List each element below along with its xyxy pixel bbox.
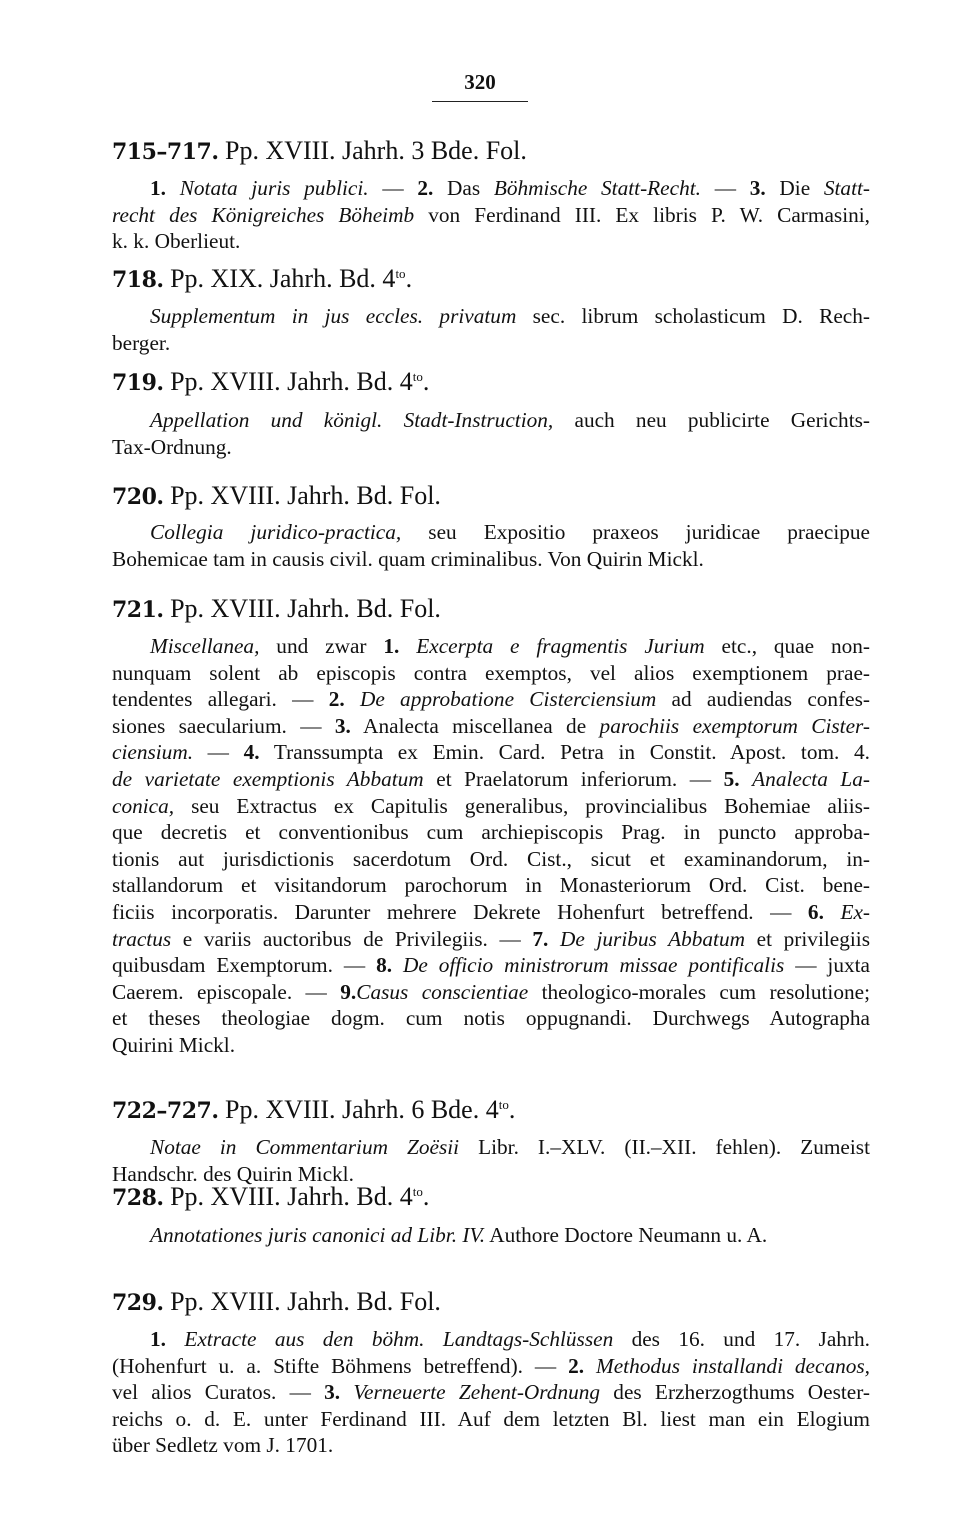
- text-line: et theses theologiae dogm. cum notis opp…: [112, 1005, 870, 1032]
- plain-text: Die: [766, 176, 824, 200]
- entry-format: Pp. XIX. Jahrh. Bd. 4: [164, 264, 396, 293]
- text-line: über Sedletz vom J. 1701.: [112, 1432, 870, 1459]
- text-line: Notae in Commentarium Zoësii Libr. I.–XL…: [112, 1134, 870, 1161]
- entry-heading: 728. Pp. XVIII. Jahrh. Bd. 4to.: [112, 1182, 870, 1213]
- plain-text: ad audiendas confes-: [656, 687, 870, 711]
- entry-number: 718.: [112, 267, 164, 293]
- text-line: Collegia juridico-practica, seu Expositi…: [112, 519, 870, 546]
- title-text: Appellation und königl. Stadt-Instructio…: [150, 408, 553, 432]
- plain-text: et theses theologiae dogm. cum notis opp…: [112, 1006, 870, 1030]
- entry-number: 719.: [112, 370, 164, 396]
- text-line: k. k. Oberlieut.: [112, 228, 870, 255]
- entry-description: 1. Notata juris publici. — 2. Das Böhmis…: [112, 175, 870, 255]
- entry-format-period: .: [423, 367, 430, 396]
- text-line: 1. Extracte aus den böhm. Landtags-Schlü…: [112, 1326, 870, 1353]
- title-text: Methodus installandi decanos,: [596, 1354, 870, 1378]
- entry-heading: 721. Pp. XVIII. Jahrh. Bd. Fol.: [112, 594, 870, 625]
- text-line: ciensium. — 4. Transsumpta ex Emin. Card…: [112, 739, 870, 766]
- item-number: 2.: [329, 687, 345, 711]
- title-text: recht des Königreiches Böheimb: [112, 203, 414, 227]
- text-line: quibusdam Exemptorum. — 8. De officio mi…: [112, 952, 870, 979]
- plain-text: quibusdam Exemptorum. —: [112, 953, 376, 977]
- title-text: de varietate exemptionis Abbatum: [112, 767, 424, 791]
- page-number-rule: [432, 101, 528, 102]
- item-number: 3.: [324, 1380, 340, 1404]
- plain-text: etc., quae non-: [705, 634, 870, 658]
- plain-text: auch neu publicirte Gerichts-: [553, 408, 870, 432]
- text-line: tendentes allegari. — 2. De approbatione…: [112, 686, 870, 713]
- item-number: 9.: [340, 980, 356, 1004]
- text-line: Supplementum in jus eccles. privatum sec…: [112, 303, 870, 330]
- text-line: siones saecularium. — 3. Analecta miscel…: [112, 713, 870, 740]
- item-number: 1.: [383, 634, 399, 658]
- plain-text: ficiis incorporatis. Darunter mehrere De…: [112, 900, 808, 924]
- text-line: ficiis incorporatis. Darunter mehrere De…: [112, 899, 870, 926]
- title-text: parochiis exemptorum Cister-: [600, 714, 870, 738]
- title-text: Ex-: [840, 900, 870, 924]
- entry-description: Supplementum in jus eccles. privatum sec…: [112, 303, 870, 356]
- plain-text: que decretis et conventionibus cum archi…: [112, 820, 870, 844]
- plain-text: berger.: [112, 331, 170, 355]
- entry-heading: 722–727. Pp. XVIII. Jahrh. 6 Bde. 4to.: [112, 1095, 870, 1126]
- plain-text: vel alios Curatos. —: [112, 1380, 324, 1404]
- format-superscript: to: [413, 369, 423, 384]
- entry-format: Pp. XVIII. Jahrh. Bd. Fol.: [164, 1287, 441, 1316]
- plain-text: — juxta: [784, 953, 870, 977]
- plain-text: Quirini Mickl.: [112, 1033, 235, 1057]
- plain-text: [548, 927, 560, 951]
- entry-number: 721.: [112, 597, 164, 623]
- title-text: Collegia juridico-practica,: [150, 520, 401, 544]
- plain-text: [166, 1327, 184, 1351]
- entry-heading: 719. Pp. XVIII. Jahrh. Bd. 4to.: [112, 367, 870, 398]
- plain-text: stallandorum et visitandorum parochorum …: [112, 873, 870, 897]
- title-text: Extracte aus den böhm. Landtags-Schlüsse…: [184, 1327, 613, 1351]
- text-line: 1. Notata juris publici. — 2. Das Böhmis…: [112, 175, 870, 202]
- entry-number: 715–717.: [112, 139, 219, 165]
- text-line: reichs o. d. E. unter Ferdinand III. Auf…: [112, 1406, 870, 1433]
- plain-text: [345, 687, 360, 711]
- title-text: Analecta La-: [752, 767, 870, 791]
- entry-heading: 715–717. Pp. XVIII. Jahrh. 3 Bde. Fol.: [112, 136, 870, 167]
- text-line: berger.: [112, 330, 870, 357]
- text-line: tractus e variis auctoribus de Privilegi…: [112, 926, 870, 953]
- title-text: Notae in Commentarium Zoësii: [150, 1135, 459, 1159]
- entry-format: Pp. XVIII. Jahrh. 6 Bde. 4: [219, 1095, 499, 1124]
- plain-text: e variis auctoribus de Privilegiis. —: [171, 927, 532, 951]
- plain-text: Bohemicae tam in causis civil. quam crim…: [112, 547, 704, 571]
- plain-text: (Hohenfurt u. a. Stifte Böhmens betreffe…: [112, 1354, 568, 1378]
- plain-text: [584, 1354, 596, 1378]
- entry-format: Pp. XVIII. Jahrh. Bd. 4: [164, 1182, 413, 1211]
- title-text: Excerpta e fragmentis Jurium: [416, 634, 704, 658]
- title-text: Supplementum in jus eccles. privatum: [150, 304, 516, 328]
- entry-format: Pp. XVIII. Jahrh. Bd. Fol.: [164, 594, 441, 623]
- format-superscript: to: [413, 1184, 423, 1199]
- plain-text: Authore Doctore Neumann u. A.: [485, 1223, 767, 1247]
- plain-text: sec. librum scholasticum D. Rech-: [516, 304, 870, 328]
- plain-text: seu Extractus ex Capitulis generalibus, …: [174, 794, 870, 818]
- text-line: Bohemicae tam in causis civil. quam crim…: [112, 546, 870, 573]
- plain-text: des 16. und 17. Jahrh.: [613, 1327, 870, 1351]
- plain-text: et privilegiis: [745, 927, 870, 951]
- title-text: De officio ministrorum missae pontifical…: [403, 953, 784, 977]
- title-text: tractus: [112, 927, 171, 951]
- text-line: Caerem. episcopale. — 9.Casus conscienti…: [112, 979, 870, 1006]
- item-number: 1.: [150, 1327, 166, 1351]
- text-line: conica, seu Extractus ex Capitulis gener…: [112, 793, 870, 820]
- plain-text: über Sedletz vom J. 1701.: [112, 1433, 333, 1457]
- text-line: Annotationes juris canonici ad Libr. IV.…: [112, 1222, 870, 1249]
- entry-heading: 729. Pp. XVIII. Jahrh. Bd. Fol.: [112, 1287, 870, 1318]
- title-text: De juribus Abbatum: [560, 927, 745, 951]
- text-line: tionis aut jurisdictionis sacerdotum Ord…: [112, 846, 870, 873]
- text-line: (Hohenfurt u. a. Stifte Böhmens betreffe…: [112, 1353, 870, 1380]
- entry-format: Pp. XVIII. Jahrh. 3 Bde. Fol.: [219, 136, 527, 165]
- item-number: 4.: [244, 740, 260, 764]
- plain-text: [340, 1380, 353, 1404]
- text-line: Appellation und königl. Stadt-Instructio…: [112, 407, 870, 434]
- item-number: 5.: [724, 767, 740, 791]
- entry-format: Pp. XVIII. Jahrh. Bd. Fol.: [164, 481, 441, 510]
- entry-heading: 720. Pp. XVIII. Jahrh. Bd. Fol.: [112, 481, 870, 512]
- title-text: Statt-: [824, 176, 870, 200]
- text-line: que decretis et conventionibus cum archi…: [112, 819, 870, 846]
- title-text: ciensium.: [112, 740, 193, 764]
- entry-description: Appellation und königl. Stadt-Instructio…: [112, 407, 870, 460]
- item-number: 3.: [750, 176, 766, 200]
- entry-description: 1. Extracte aus den böhm. Landtags-Schlü…: [112, 1326, 870, 1459]
- text-line: recht des Königreiches Böheimb von Ferdi…: [112, 202, 870, 229]
- item-number: 6.: [808, 900, 824, 924]
- entry-number: 729.: [112, 1290, 164, 1316]
- text-line: nunquam solent ab episcopis contra exemp…: [112, 660, 870, 687]
- plain-text: Libr. I.–XLV. (II.–XII. fehlen). Zumeist: [459, 1135, 870, 1159]
- plain-text: k. k. Oberlieut.: [112, 229, 240, 253]
- plain-text: Caerem. episcopale. —: [112, 980, 340, 1004]
- entry-format-period: .: [423, 1182, 430, 1211]
- entry-description: Notae in Commentarium Zoësii Libr. I.–XL…: [112, 1134, 870, 1187]
- item-number: 7.: [532, 927, 548, 951]
- entry-number: 722–727.: [112, 1098, 219, 1124]
- entry-description: Miscellanea, und zwar 1. Excerpta e frag…: [112, 633, 870, 1059]
- plain-text: theologico-morales cum resolutione;: [528, 980, 870, 1004]
- text-line: vel alios Curatos. — 3. Verneuerte Zehen…: [112, 1379, 870, 1406]
- title-text: Annotationes juris canonici ad Libr. IV.: [150, 1223, 485, 1247]
- plain-text: reichs o. d. E. unter Ferdinand III. Auf…: [112, 1407, 870, 1431]
- entry-number: 728.: [112, 1185, 164, 1211]
- item-number: 2.: [568, 1354, 584, 1378]
- plain-text: Transsumpta ex Emin. Card. Petra in Cons…: [260, 740, 870, 764]
- entry-heading: 718. Pp. XIX. Jahrh. Bd. 4to.: [112, 264, 870, 295]
- title-text: conica,: [112, 794, 174, 818]
- item-number: 1.: [150, 176, 180, 200]
- plain-text: [824, 900, 841, 924]
- entry-format: Pp. XVIII. Jahrh. Bd. 4: [164, 367, 413, 396]
- format-superscript: to: [395, 266, 405, 281]
- plain-text: Analecta miscellanea de: [351, 714, 600, 738]
- plain-text: von Ferdinand III. Ex libris P. W. Carma…: [414, 203, 870, 227]
- text-line: Tax-Ordnung.: [112, 434, 870, 461]
- plain-text: —: [193, 740, 244, 764]
- plain-text: seu Expositio praxeos juridicae praecipu…: [401, 520, 870, 544]
- text-line: Quirini Mickl.: [112, 1032, 870, 1059]
- plain-text: —: [369, 176, 418, 200]
- plain-text: [740, 767, 753, 791]
- text-line: de varietate exemptionis Abbatum et Prae…: [112, 766, 870, 793]
- item-number: 2.: [417, 176, 433, 200]
- title-text: Notata juris publici.: [180, 176, 369, 200]
- title-text: De approbatione Cisterciensium: [360, 687, 656, 711]
- text-line: stallandorum et visitandorum parochorum …: [112, 872, 870, 899]
- plain-text: —: [701, 176, 750, 200]
- plain-text: nunquam solent ab episcopis contra exemp…: [112, 661, 870, 685]
- plain-text: des Erzherzogthums Oester-: [600, 1380, 870, 1404]
- title-text: Casus conscientiae: [356, 980, 528, 1004]
- entry-description: Collegia juridico-practica, seu Expositi…: [112, 519, 870, 572]
- plain-text: [392, 953, 403, 977]
- entry-description: Annotationes juris canonici ad Libr. IV.…: [112, 1222, 870, 1249]
- entry-format-period: .: [406, 264, 413, 293]
- plain-text: Das: [433, 176, 494, 200]
- plain-text: tionis aut jurisdictionis sacerdotum Ord…: [112, 847, 870, 871]
- page-number: 320: [432, 70, 528, 95]
- plain-text: [399, 634, 416, 658]
- title-text: Miscellanea,: [150, 634, 259, 658]
- text-line: Miscellanea, und zwar 1. Excerpta e frag…: [112, 633, 870, 660]
- title-text: Böhmische Statt-Recht.: [494, 176, 701, 200]
- plain-text: siones saecularium. —: [112, 714, 335, 738]
- plain-text: Tax-Ordnung.: [112, 435, 232, 459]
- entry-number: 720.: [112, 484, 164, 510]
- plain-text: und zwar: [259, 634, 383, 658]
- item-number: 3.: [335, 714, 351, 738]
- format-superscript: to: [499, 1097, 509, 1112]
- title-text: Verneuerte Zehent-Ordnung: [353, 1380, 600, 1404]
- entry-format-period: .: [509, 1095, 516, 1124]
- plain-text: et Praelatorum inferiorum. —: [424, 767, 724, 791]
- plain-text: tendentes allegari. —: [112, 687, 329, 711]
- item-number: 8.: [376, 953, 392, 977]
